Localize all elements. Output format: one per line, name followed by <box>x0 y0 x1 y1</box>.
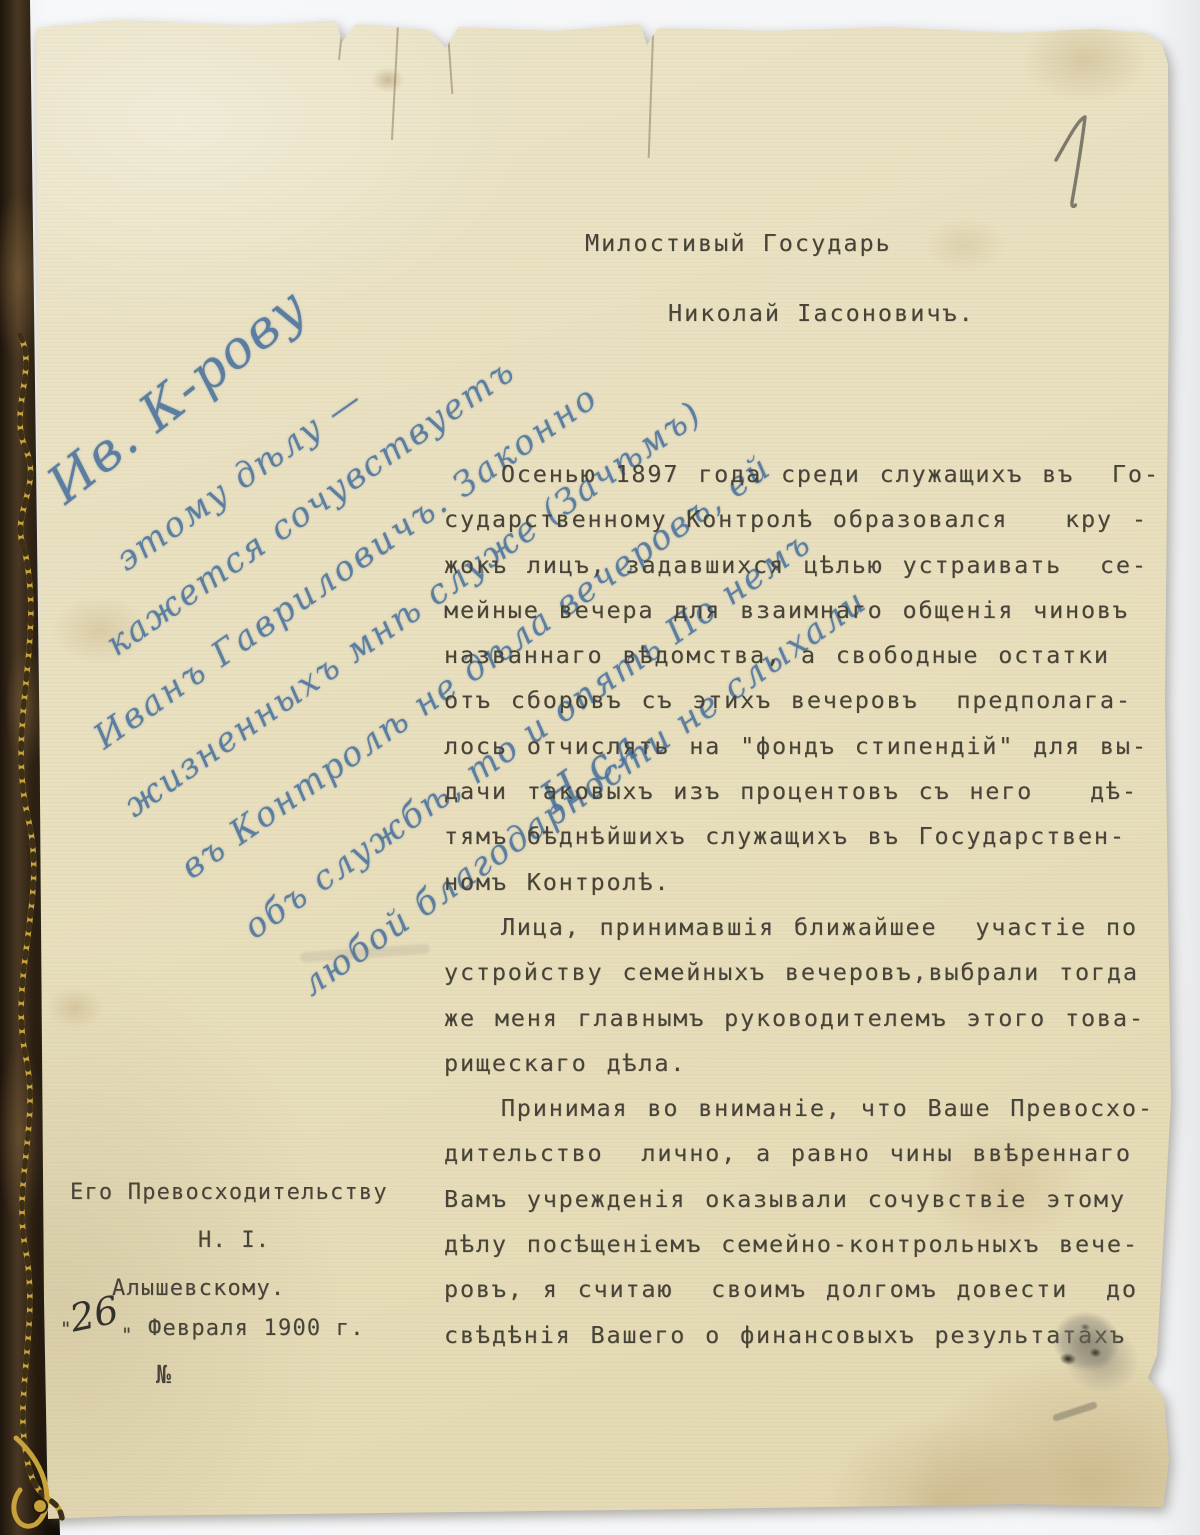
typed-text-line: ровъ, я считаю своимъ долгомъ довести до <box>444 1267 1160 1312</box>
typed-text-line: сударственному Контролѣ образовался кру … <box>444 497 1160 542</box>
typed-text-line: Осенью 1897 года среди служащихъ въ Го- <box>444 452 1160 497</box>
paper-sheet: Ив. К-рову этому дѣлу — кажется сочувств… <box>0 0 1200 1535</box>
paper-crack <box>447 28 453 94</box>
typed-text-line: же меня главнымъ руководителемъ этого то… <box>444 996 1160 1041</box>
typed-text-line: мейные вечера для взаимнаго общенія чино… <box>444 588 1160 633</box>
typed-text-line: Принимая во вниманіе, что Ваше Превосхо- <box>444 1086 1160 1131</box>
scanned-document: Ив. К-рову этому дѣлу — кажется сочувств… <box>0 0 1200 1535</box>
typed-text-line: устройству семейныхъ вечеровъ,выбрали то… <box>444 950 1160 995</box>
letter-salutation: Милостивый Государь <box>585 229 892 257</box>
typed-text-line: номъ Контролѣ. <box>444 860 1160 905</box>
typed-text-line: дительство лично, а равно чины ввѣреннаг… <box>444 1131 1160 1176</box>
typed-text-line: дѣлу посѣщеніемъ семейно-контрольныхъ ве… <box>444 1222 1160 1267</box>
paper-crack <box>338 22 343 60</box>
page-number-pencil-mark: 1 <box>1040 105 1100 215</box>
typed-text-line: отъ сборовъ съ этихъ вечеровъ предполага… <box>444 678 1160 723</box>
footer-addressee-title: Его Превосходительству <box>70 1180 388 1205</box>
typed-text-line: Вамъ учрежденія оказывали сочувствіе это… <box>444 1177 1160 1222</box>
paper-sheet-wrapper: Ив. К-рову этому дѣлу — кажется сочувств… <box>0 0 1200 1535</box>
footer-addressee-surname: Алышевскому. <box>112 1276 285 1301</box>
typed-text-line: названнаго вѣдомства, а свободные остатк… <box>444 633 1160 678</box>
date-close-quote: " <box>121 1324 134 1346</box>
paper-crack <box>648 26 654 158</box>
footer-number-sign: № <box>156 1360 172 1389</box>
typed-text-line: Лица, принимавшія ближайшее участіе по <box>444 905 1160 950</box>
typed-text-line: рищескаго дѣла. <box>444 1041 1160 1086</box>
footer-addressee-initials: Н. І. <box>198 1228 270 1253</box>
binding-cord-graphic <box>0 0 90 1535</box>
letter-addressee-name: Николай Іасоновичъ. <box>668 299 975 327</box>
ink-smear <box>1052 1401 1098 1422</box>
typed-text-line: тямъ бѣднѣйшихъ служащихъ въ Государстве… <box>444 814 1160 859</box>
typed-text-line: дачи таковыхъ изъ процентовъ съ него дѣ- <box>444 769 1160 814</box>
paper-crack <box>391 24 399 140</box>
typed-text-line: жокъ лицъ, задавшихся цѣлью устраивать с… <box>444 543 1160 588</box>
footer-date-text: Февраля 1900 г. <box>148 1316 365 1341</box>
typed-text-line: лось отчислять на "фондъ стипендій" для … <box>444 724 1160 769</box>
letter-body: Осенью 1897 года среди служащихъ въ Го-с… <box>444 452 1160 1358</box>
